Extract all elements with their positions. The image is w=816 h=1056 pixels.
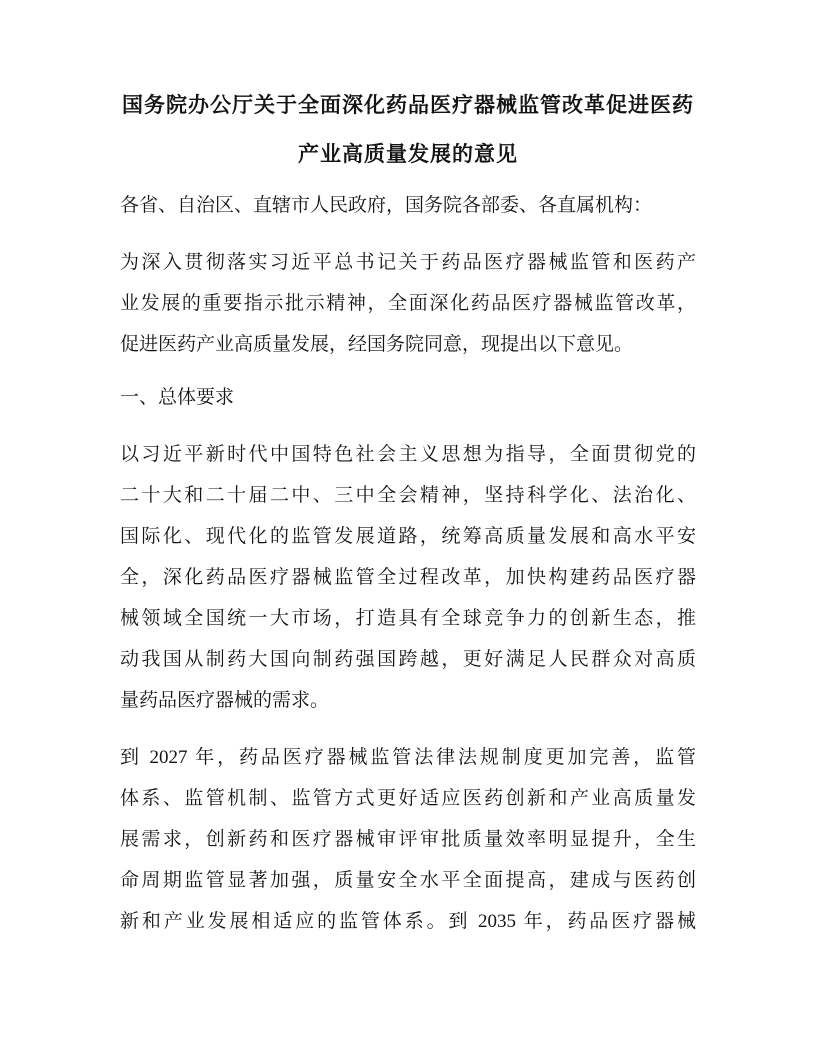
- text-line: 以习近平新时代中国特色社会主义思想为指导，全面贯彻党的: [120, 434, 696, 475]
- text-line: 国际化、现代化的监管发展道路，统筹高质量发展和高水平安: [120, 516, 696, 557]
- guiding-ideology-paragraph: 以习近平新时代中国特色社会主义思想为指导，全面贯彻党的 二十大和二十届二中、三中…: [120, 434, 696, 721]
- goals-paragraph: 到 2027 年，药品医疗器械监管法律法规制度更加完善，监管 体系、监管机制、监…: [120, 737, 696, 942]
- text-line: 到 2027 年，药品医疗器械监管法律法规制度更加完善，监管: [120, 737, 696, 778]
- text-line: 动我国从制药大国向制药强国跨越，更好满足人民群众对高质: [120, 639, 696, 680]
- text-line: 体系、监管机制、监管方式更好适应医药创新和产业高质量发: [120, 778, 696, 819]
- title-line-2: 产业高质量发展的意见: [120, 130, 696, 179]
- text-line: 命周期监管显著加强，质量安全水平全面提高，建成与医药创: [120, 860, 696, 901]
- text-line: 械领域全国统一大市场，打造具有全球竞争力的创新生态，推: [120, 598, 696, 639]
- title-line-1: 国务院办公厅关于全面深化药品医疗器械监管改革促进医药: [120, 81, 696, 130]
- document-title: 国务院办公厅关于全面深化药品医疗器械监管改革促进医药 产业高质量发展的意见: [120, 81, 696, 179]
- text-line: 各省、自治区、直辖市人民政府，国务院各部委、各直属机构：: [120, 185, 696, 226]
- text-line: 业发展的重要指示批示精神，全面深化药品医疗器械监管改革，: [120, 283, 696, 324]
- text-line: 全，深化药品医疗器械监管全过程改革，加快构建药品医疗器: [120, 557, 696, 598]
- text-line: 新和产业发展相适应的监管体系。到 2035 年，药品医疗器械: [120, 901, 696, 942]
- salutation-paragraph: 各省、自治区、直辖市人民政府，国务院各部委、各直属机构：: [120, 185, 696, 226]
- text-line: 量药品医疗器械的需求。: [120, 680, 696, 721]
- text-line: 二十大和二十届二中、三中全会精神，坚持科学化、法治化、: [120, 475, 696, 516]
- section-heading: 一、总体要求: [120, 377, 696, 418]
- text-line: 为深入贯彻落实习近平总书记关于药品医疗器械监管和医药产: [120, 242, 696, 283]
- text-line: 促进医药产业高质量发展，经国务院同意，现提出以下意见。: [120, 324, 696, 365]
- text-line: 展需求，创新药和医疗器械审评审批质量效率明显提升，全生: [120, 819, 696, 860]
- intro-paragraph: 为深入贯彻落实习近平总书记关于药品医疗器械监管和医药产 业发展的重要指示批示精神…: [120, 242, 696, 365]
- text-line: 一、总体要求: [120, 377, 696, 418]
- document-page: 国务院办公厅关于全面深化药品医疗器械监管改革促进医药 产业高质量发展的意见 各省…: [0, 0, 816, 1056]
